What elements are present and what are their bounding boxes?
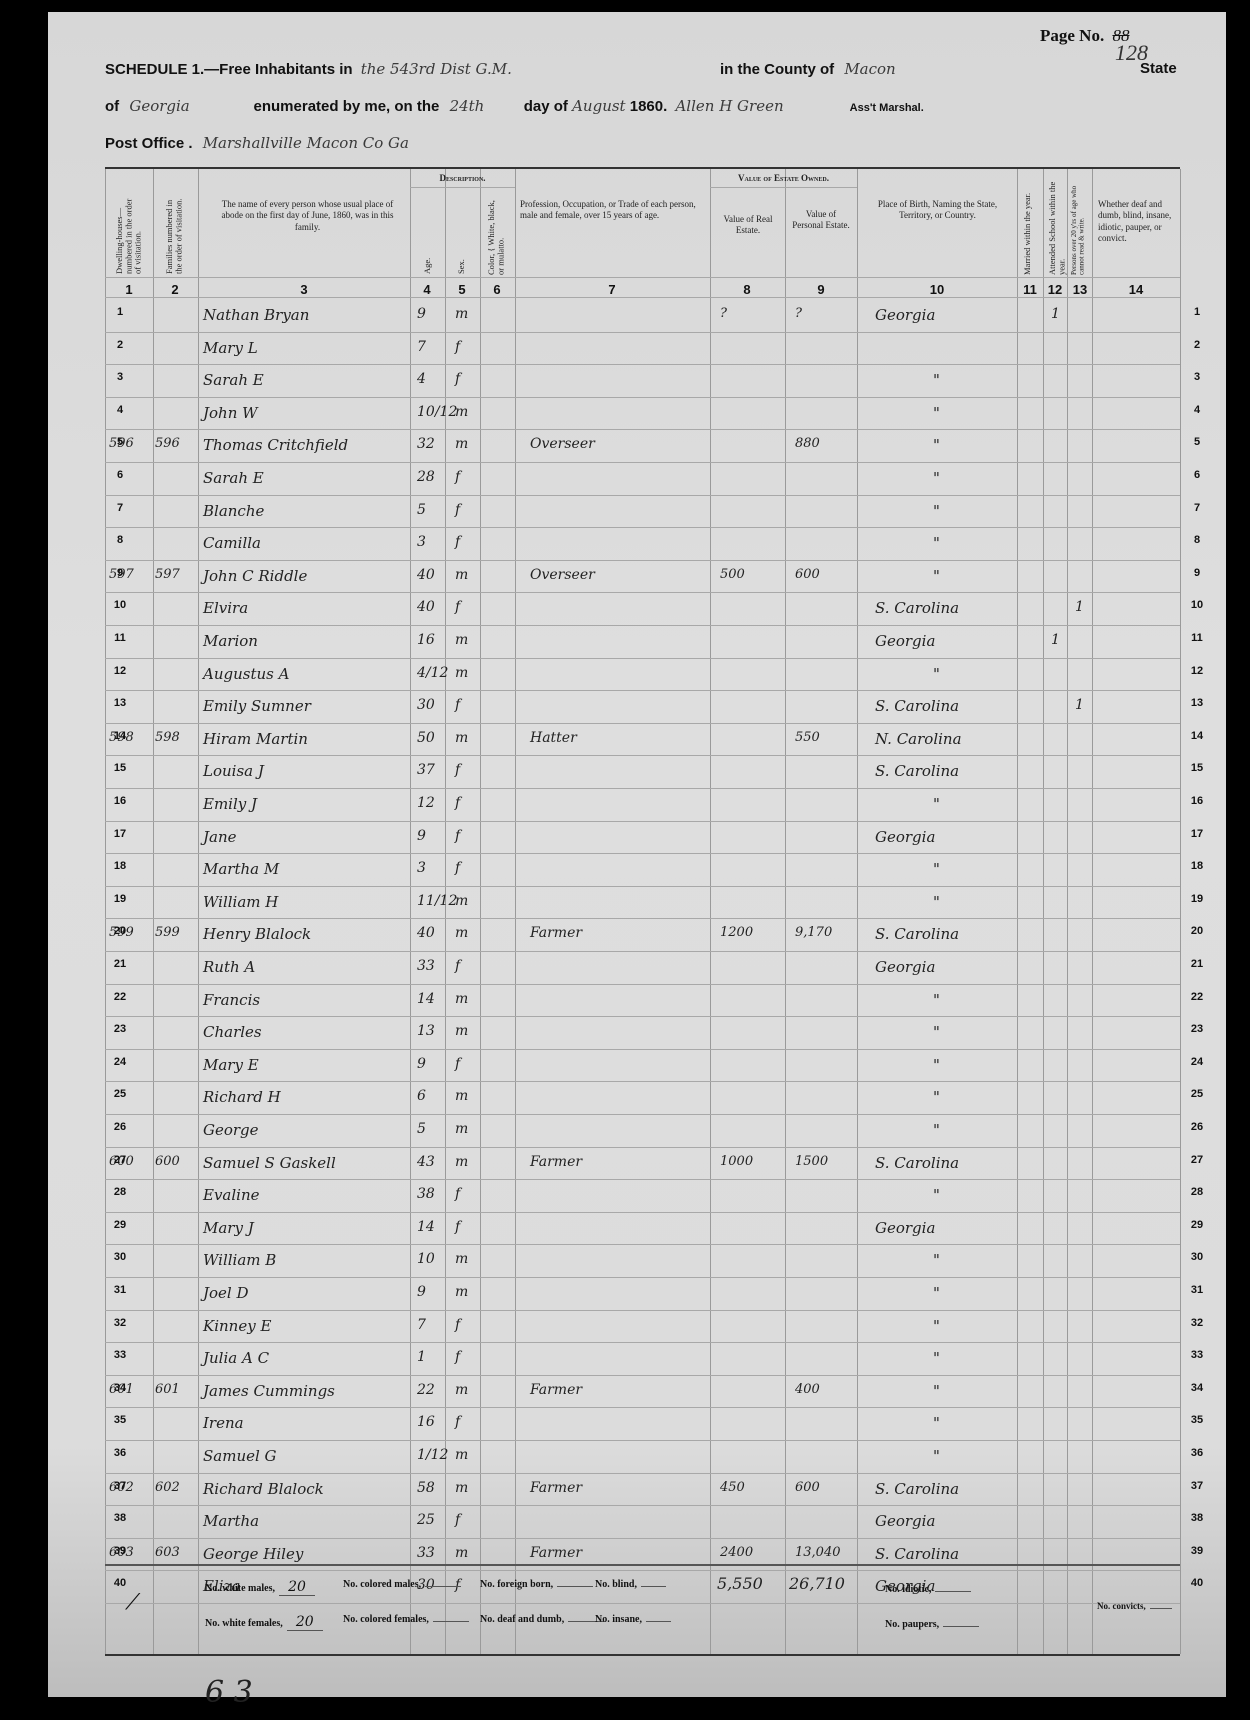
age-value: 7 — [417, 1317, 426, 1333]
occupation-value: Farmer — [530, 1545, 582, 1561]
age-value: 16 — [417, 632, 435, 648]
sex-value: f — [455, 1056, 460, 1072]
row-number: 26 — [108, 1121, 132, 1133]
birthplace-value: Georgia — [875, 306, 935, 324]
row-number: 28 — [108, 1186, 132, 1198]
census-table: Dwelling-houses—numbered in the order of… — [105, 167, 1180, 1656]
personal-estate-value: 600 — [795, 567, 820, 582]
age-value: 40 — [417, 599, 435, 615]
row-number: 34 — [1185, 1382, 1209, 1394]
birthplace-value: S. Carolina — [875, 762, 959, 780]
year-value: 1860. — [630, 98, 668, 115]
white-males-label: No. white males, — [205, 1583, 275, 1594]
row-number: 40 — [1185, 1577, 1209, 1589]
age-value: 9 — [417, 1284, 426, 1300]
occupation-value: Farmer — [530, 1154, 582, 1170]
person-name: Jane — [203, 828, 237, 846]
row-number: 30 — [1185, 1251, 1209, 1263]
family-number: 596 — [155, 436, 180, 451]
birthplace-value: Georgia — [875, 632, 935, 650]
real-estate-value: 500 — [720, 567, 745, 582]
sex-value: f — [455, 1317, 460, 1333]
white-females-field: No. white females,20 — [205, 1614, 323, 1631]
col-header-married: Married within the year. — [1023, 177, 1032, 275]
row-number: 19 — [1185, 893, 1209, 905]
age-value: 4 — [417, 371, 426, 387]
row-number: 4 — [1185, 404, 1209, 416]
sex-value: m — [455, 1480, 468, 1496]
person-name: William B — [203, 1251, 276, 1269]
person-name: Samuel S Gaskell — [203, 1154, 336, 1172]
person-name: Thomas Critchfield — [203, 436, 348, 454]
age-value: 1 — [417, 1349, 426, 1365]
row-number: 37 — [108, 1480, 132, 1492]
row-number: 17 — [108, 828, 132, 840]
row-number: 38 — [1185, 1512, 1209, 1524]
row-number: 29 — [1185, 1219, 1209, 1231]
sex-value: m — [455, 1088, 468, 1104]
person-name: Mary J — [203, 1219, 254, 1237]
schedule-title-line: SCHEDULE 1.—Free Inhabitants in the 543r… — [105, 60, 512, 78]
sex-value: f — [455, 1186, 460, 1202]
row-number: 5 — [1185, 436, 1209, 448]
person-name: Richard H — [203, 1088, 281, 1106]
birthplace-value: " — [933, 1284, 940, 1302]
occupation-value: Farmer — [530, 1480, 582, 1496]
age-value: 28 — [417, 469, 435, 485]
colored-males-label: No. colored males, — [343, 1579, 421, 1590]
sex-value: f — [455, 762, 460, 778]
birthplace-value: S. Carolina — [875, 599, 959, 617]
person-name: Kinney E — [203, 1317, 271, 1335]
age-value: 3 — [417, 860, 426, 876]
row-number: 13 — [1185, 697, 1209, 709]
row-number: 14 — [1185, 730, 1209, 742]
school-mark: 1 — [1051, 632, 1060, 648]
sex-value: m — [455, 436, 468, 452]
col-number: 13 — [1073, 282, 1087, 297]
col-number: 9 — [817, 282, 824, 297]
row-number: 24 — [108, 1056, 132, 1068]
real-estate-value: ? — [720, 306, 727, 321]
school-mark: 1 — [1051, 306, 1060, 322]
age-value: 40 — [417, 567, 435, 583]
personal-estate-value: 880 — [795, 436, 820, 451]
personal-estate-value: 13,040 — [795, 1545, 841, 1560]
sex-value: m — [455, 665, 468, 681]
row-number: 18 — [108, 860, 132, 872]
state-label: State — [1140, 60, 1177, 77]
sex-value: f — [455, 795, 460, 811]
age-value: 4/12 — [417, 665, 448, 681]
row-number: 26 — [1185, 1121, 1209, 1133]
col-number: 2 — [171, 282, 178, 297]
white-females-label: No. white females, — [205, 1618, 283, 1629]
person-name: Ruth A — [203, 958, 255, 976]
occupation-value: Farmer — [530, 1382, 582, 1398]
month-value: August — [572, 97, 625, 115]
paupers-label: No. paupers, — [885, 1619, 939, 1630]
row-number: 28 — [1185, 1186, 1209, 1198]
sex-value: f — [455, 860, 460, 876]
birthplace-value: Georgia — [875, 1219, 935, 1237]
person-name: Marion — [203, 632, 258, 650]
row-number: 6 — [1185, 469, 1209, 481]
col-header-personal-estate: Value of Personal Estate. — [791, 209, 851, 232]
row-number: 10 — [1185, 599, 1209, 611]
sex-value: m — [455, 1121, 468, 1137]
birthplace-value: " — [933, 404, 940, 422]
age-value: 32 — [417, 436, 435, 452]
colored-females-field: No. colored females, — [343, 1614, 469, 1625]
row-number: 18 — [1185, 860, 1209, 872]
person-name: Richard Blalock — [203, 1480, 324, 1498]
birthplace-value: " — [933, 371, 940, 389]
page-number: Page No. 88 128 — [1040, 26, 1129, 46]
row-number: 15 — [1185, 762, 1209, 774]
row-number: 27 — [108, 1154, 132, 1166]
row-number: 33 — [1185, 1349, 1209, 1361]
age-value: 25 — [417, 1512, 435, 1528]
birthplace-value: " — [933, 1186, 940, 1204]
personal-estate-value: 550 — [795, 730, 820, 745]
convicts-field: No. convicts, — [1097, 1601, 1172, 1611]
illiterate-mark: 1 — [1075, 599, 1084, 615]
age-value: 12 — [417, 795, 435, 811]
row-number: 25 — [1185, 1088, 1209, 1100]
row-number: 17 — [1185, 828, 1209, 840]
sex-value: m — [455, 1251, 468, 1267]
person-name: George — [203, 1121, 259, 1139]
page-number-label: Page No. — [1040, 26, 1104, 45]
person-name: Evaline — [203, 1186, 260, 1204]
personal-estate-value: 600 — [795, 1480, 820, 1495]
birthplace-value: " — [933, 1447, 940, 1465]
person-name: Mary E — [203, 1056, 259, 1074]
birthplace-value: Georgia — [875, 828, 935, 846]
age-value: 9 — [417, 306, 426, 322]
marshal-name: Allen H Green — [675, 97, 845, 115]
county-line: in the County of Macon — [720, 60, 896, 78]
sex-value: f — [455, 469, 460, 485]
age-value: 5 — [417, 1121, 426, 1137]
blind-field: No. blind, — [595, 1579, 666, 1590]
row-number: 30 — [108, 1251, 132, 1263]
real-estate-value: 450 — [720, 1480, 745, 1495]
row-number: 35 — [1185, 1414, 1209, 1426]
row-number: 21 — [108, 958, 132, 970]
col-header-dwelling: Dwelling-houses—numbered in the order of… — [115, 194, 143, 274]
marshal-label: Ass't Marshal. — [850, 102, 924, 114]
person-name: Blanche — [203, 502, 264, 520]
col-number: 3 — [300, 282, 307, 297]
age-value: 16 — [417, 1414, 435, 1430]
birthplace-value: " — [933, 469, 940, 487]
row-number: 32 — [1185, 1317, 1209, 1329]
sex-value: f — [455, 1349, 460, 1365]
birthplace-value: S. Carolina — [875, 1545, 959, 1563]
birthplace-value: " — [933, 1349, 940, 1367]
birthplace-value: " — [933, 1317, 940, 1335]
family-number: 600 — [155, 1154, 180, 1169]
personal-estate-value: 9,170 — [795, 925, 832, 940]
person-name: Martha M — [203, 860, 279, 878]
personal-estate-value: ? — [795, 306, 802, 321]
row-number: 39 — [1185, 1545, 1209, 1557]
row-number: 22 — [108, 991, 132, 1003]
white-females-value: 20 — [287, 1614, 323, 1631]
col-header-family: Families numbered in the order of visita… — [165, 194, 184, 274]
col-header-description: Description. — [410, 173, 515, 184]
sex-value: m — [455, 632, 468, 648]
sex-value: m — [455, 567, 468, 583]
birthplace-value: S. Carolina — [875, 1154, 959, 1172]
row-number: 34 — [108, 1382, 132, 1394]
col-header-estate: Value of Estate Owned. — [710, 173, 857, 184]
row-number: 7 — [1185, 502, 1209, 514]
person-name: James Cummings — [203, 1382, 335, 1400]
row-number: 19 — [108, 893, 132, 905]
white-males-field: No. white males,20 — [205, 1579, 315, 1596]
row-number: 16 — [1185, 795, 1209, 807]
sex-value: m — [455, 925, 468, 941]
sex-value: m — [455, 404, 468, 420]
family-number: 597 — [155, 567, 180, 582]
enumerated-label: enumerated by me, on the — [254, 98, 440, 115]
row-number: 38 — [108, 1512, 132, 1524]
birthplace-value: " — [933, 1056, 940, 1074]
sex-value: f — [455, 1414, 460, 1430]
district-value: the 543rd Dist G.M. — [361, 60, 512, 78]
row-number: 39 — [108, 1545, 132, 1557]
sex-value: m — [455, 1382, 468, 1398]
real-estate-total: 5,550 — [717, 1574, 763, 1593]
birthplace-value: " — [933, 1023, 940, 1041]
person-name: Francis — [203, 991, 260, 1009]
birthplace-value: " — [933, 991, 940, 1009]
colored-females-label: No. colored females, — [343, 1614, 429, 1625]
birthplace-value: N. Carolina — [875, 730, 962, 748]
family-number: 602 — [155, 1480, 180, 1495]
sex-value: m — [455, 1545, 468, 1561]
state-value: Georgia — [129, 97, 249, 115]
idiotic-label: No. idiotic, — [885, 1584, 931, 1595]
illiterate-mark: 1 — [1075, 697, 1084, 713]
sex-value: f — [455, 339, 460, 355]
sex-value: f — [455, 828, 460, 844]
occupation-value: Farmer — [530, 925, 582, 941]
sex-value: m — [455, 1284, 468, 1300]
family-number: 603 — [155, 1545, 180, 1560]
age-value: 3 — [417, 534, 426, 550]
age-value: 50 — [417, 730, 435, 746]
person-name: Charles — [203, 1023, 262, 1041]
row-number: 2 — [1185, 339, 1209, 351]
person-name: Irena — [203, 1414, 244, 1432]
row-number: 3 — [1185, 371, 1209, 383]
birthplace-value: " — [933, 860, 940, 878]
age-value: 30 — [417, 697, 435, 713]
post-office-value: Marshallville Macon Co Ga — [203, 134, 409, 152]
schedule-label: SCHEDULE 1.—Free Inhabitants in — [105, 61, 353, 78]
birthplace-value: " — [933, 1414, 940, 1432]
age-value: 10/12 — [417, 404, 457, 420]
sex-value: f — [455, 958, 460, 974]
county-label: in the County of — [720, 61, 834, 78]
col-number: 12 — [1048, 282, 1062, 297]
insane-field: No. insane, — [595, 1614, 671, 1625]
col-header-name: The name of every person whose usual pla… — [215, 199, 400, 233]
row-number: 1 — [1185, 306, 1209, 318]
col-number: 14 — [1129, 282, 1143, 297]
row-number: 36 — [1185, 1447, 1209, 1459]
age-value: 13 — [417, 1023, 435, 1039]
age-value: 38 — [417, 1186, 435, 1202]
age-value: 33 — [417, 958, 435, 974]
row-number: 23 — [1185, 1023, 1209, 1035]
person-name: Samuel G — [203, 1447, 277, 1465]
age-value: 9 — [417, 828, 426, 844]
age-value: 58 — [417, 1480, 435, 1496]
person-name: Sarah E — [203, 469, 264, 487]
row-number: 6 — [108, 469, 132, 481]
row-number: 13 — [108, 697, 132, 709]
col-header-color: Color, { White, black, or mulatto. — [487, 191, 506, 275]
sex-value: m — [455, 991, 468, 1007]
row-number: 36 — [108, 1447, 132, 1459]
person-name: Mary L — [203, 339, 258, 357]
birthplace-value: " — [933, 665, 940, 683]
age-value: 5 — [417, 502, 426, 518]
col-header-disability: Whether deaf and dumb, blind, insane, id… — [1098, 199, 1176, 244]
row-number: 12 — [108, 665, 132, 677]
foreign-born-field: No. foreign born, — [480, 1579, 593, 1590]
real-estate-value: 2400 — [720, 1545, 753, 1560]
row-number: 8 — [108, 534, 132, 546]
person-name: Julia A C — [203, 1349, 269, 1367]
deaf-dumb-field: No. deaf and dumb, — [480, 1614, 604, 1625]
person-name: John W — [203, 404, 258, 422]
row-number: 11 — [108, 632, 132, 644]
person-name: George Hiley — [203, 1545, 303, 1563]
birthplace-value: " — [933, 1382, 940, 1400]
row-number: 3 — [108, 371, 132, 383]
foreign-born-label: No. foreign born, — [480, 1579, 553, 1590]
person-name: Nathan Bryan — [203, 306, 309, 324]
sex-value: m — [455, 1447, 468, 1463]
row-number: 4 — [108, 404, 132, 416]
person-name: Camilla — [203, 534, 261, 552]
row-number: 10 — [108, 599, 132, 611]
day-of-label: day of — [524, 98, 568, 115]
row-number: 15 — [108, 762, 132, 774]
birthplace-value: " — [933, 567, 940, 585]
row-number: 2 — [108, 339, 132, 351]
row-number: 35 — [108, 1414, 132, 1426]
family-number: 601 — [155, 1382, 180, 1397]
row-number: 14 — [108, 730, 132, 742]
row-number: 9 — [108, 567, 132, 579]
tally-mark: ⟋ — [125, 1589, 140, 1615]
col-header-real-estate: Value of Real Estate. — [717, 214, 779, 237]
age-value: 14 — [417, 991, 435, 1007]
family-number: 598 — [155, 730, 180, 745]
sex-value: m — [455, 1023, 468, 1039]
day-value: 24th — [450, 97, 520, 115]
age-value: 6 — [417, 1088, 426, 1104]
idiotic-field: No. idiotic, — [885, 1584, 971, 1595]
col-number: 4 — [423, 282, 430, 297]
col-number: 1 — [125, 282, 132, 297]
row-number: 7 — [108, 502, 132, 514]
col-header-school: Attended School within the year. — [1048, 177, 1067, 275]
row-number: 8 — [1185, 534, 1209, 546]
page-annotation: 6 3 — [205, 1675, 253, 1710]
occupation-value: Overseer — [530, 436, 595, 452]
row-number: 23 — [108, 1023, 132, 1035]
person-name: Elvira — [203, 599, 248, 617]
row-number: 20 — [108, 925, 132, 937]
county-value: Macon — [844, 60, 895, 78]
white-males-value: 20 — [279, 1579, 315, 1596]
birthplace-value: S. Carolina — [875, 925, 959, 943]
sex-value: f — [455, 697, 460, 713]
row-number: 24 — [1185, 1056, 1209, 1068]
birthplace-value: " — [933, 1251, 940, 1269]
sex-value: m — [455, 1154, 468, 1170]
row-number: 31 — [1185, 1284, 1209, 1296]
birthplace-value: S. Carolina — [875, 697, 959, 715]
sex-value: m — [455, 306, 468, 322]
birthplace-value: " — [933, 534, 940, 552]
col-header-age: Age. — [423, 244, 432, 274]
person-name: Henry Blalock — [203, 925, 311, 943]
row-number: 21 — [1185, 958, 1209, 970]
col-number: 8 — [743, 282, 750, 297]
col-number: 11 — [1023, 282, 1037, 297]
age-value: 9 — [417, 1056, 426, 1072]
blind-label: No. blind, — [595, 1579, 637, 1590]
row-number: 32 — [108, 1317, 132, 1329]
sex-value: f — [455, 599, 460, 615]
person-name: Sarah E — [203, 371, 264, 389]
age-value: 40 — [417, 925, 435, 941]
age-value: 11/12 — [417, 893, 457, 909]
real-estate-value: 1200 — [720, 925, 753, 940]
col-number: 5 — [458, 282, 465, 297]
row-number: 20 — [1185, 925, 1209, 937]
birthplace-value: " — [933, 795, 940, 813]
sex-value: f — [455, 1512, 460, 1528]
sex-value: m — [455, 893, 468, 909]
birthplace-value: " — [933, 893, 940, 911]
personal-estate-value: 1500 — [795, 1154, 828, 1169]
birthplace-value: S. Carolina — [875, 1480, 959, 1498]
sex-value: m — [455, 730, 468, 746]
col-header-sex: Sex. — [457, 244, 466, 274]
row-number: 29 — [108, 1219, 132, 1231]
sex-value: f — [455, 502, 460, 518]
convicts-label: No. convicts, — [1097, 1601, 1146, 1611]
post-office-label: Post Office . — [105, 135, 193, 152]
insane-label: No. insane, — [595, 1614, 642, 1625]
col-header-illiterate: Persons over 20 y'rs of age who cannot r… — [1071, 177, 1086, 275]
col-number: 7 — [608, 282, 615, 297]
person-name: John C Riddle — [203, 567, 307, 585]
occupation-value: Overseer — [530, 567, 595, 583]
age-value: 7 — [417, 339, 426, 355]
row-number: 37 — [1185, 1480, 1209, 1492]
